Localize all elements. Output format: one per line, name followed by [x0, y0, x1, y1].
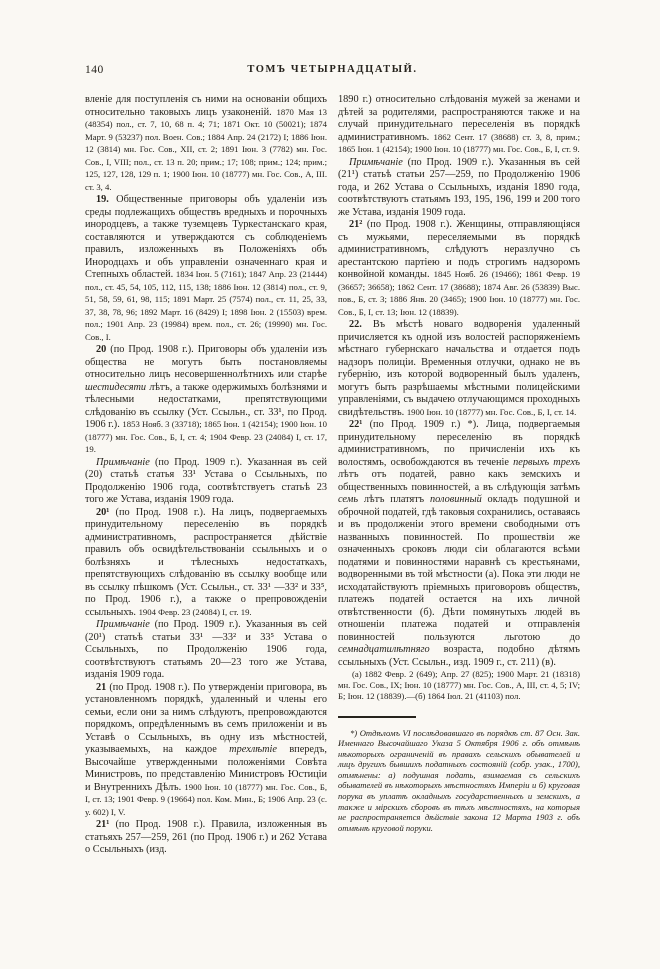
section-number: 21: [96, 682, 106, 693]
section-number: 22¹: [349, 419, 362, 430]
legal-citation: 1900 Іюн. 10 (18777) мн. Гос. Сов., Б, I…: [407, 407, 577, 417]
section-number: 22.: [349, 319, 362, 330]
section-number: 21¹: [96, 819, 109, 830]
body-text: лѣтъ отъ податей, равно какъ земскихъ и …: [338, 469, 580, 493]
citation-paragraph: (а) 1882 Февр. 2 (649); Апр. 27 (825); 1…: [338, 669, 580, 702]
note-lead: Примѣчаніе: [96, 457, 150, 468]
section-20-paragraph: 20 (по Прод. 1908 г.). Приговоры объ уда…: [85, 344, 327, 457]
continuation-paragraph: 1890 г.) относительно слѣдованія мужей з…: [338, 94, 580, 157]
body-text: лѣтъ платятъ: [358, 494, 430, 505]
note-paragraph: Примѣчаніе (по Прод. 1909 г.). Указанная…: [85, 457, 327, 507]
legal-citation: 1904 Февр. 23 (24084) I, ст. 19.: [139, 607, 252, 617]
section-21-2-paragraph: 21² (по Прод. 1908 г.). Женщины, отправл…: [338, 219, 580, 319]
right-column: 1890 г.) относительно слѣдованія мужей з…: [338, 94, 580, 857]
note-lead: Примѣчаніе: [96, 619, 150, 630]
body-text: (по Прод. 1908 г.). Правила, изложенныя …: [85, 819, 327, 855]
note-paragraph: Примѣчаніе (по Прод. 1909 г.). Указанныя…: [338, 157, 580, 220]
volume-title: ТОМЪ ЧЕТЫРНАДЦАТЫЙ.: [85, 64, 580, 75]
section-number: 20: [96, 344, 106, 355]
continuation-paragraph: вленіе для поступленія съ ними на основа…: [85, 94, 327, 194]
section-number: 20¹: [96, 507, 109, 518]
footnote: *) Отдѣломъ VI послѣдовавшаго въ порядкѣ…: [338, 728, 580, 834]
emphasized-term: семнадцатилѣтняго: [338, 644, 430, 655]
emphasized-term: первыхъ трехъ: [513, 457, 580, 468]
legal-citation: 1870 Мая 13 (48354) пол., ст. 7, 10, 68 …: [85, 107, 327, 192]
emphasized-term: половинный: [430, 494, 482, 505]
left-column: вленіе для поступленія съ ними на основа…: [85, 94, 327, 857]
page-number: 140: [85, 64, 104, 76]
section-21-paragraph: 21 (по Прод. 1908 г.). По утвержденіи пр…: [85, 682, 327, 820]
body-text: Общественные приговоры объ удаленіи изъ …: [85, 194, 327, 280]
note-paragraph: Примѣчаніе (по Прод. 1909 г.). Указанныя…: [85, 619, 327, 682]
emphasized-term: трехлѣтіе: [229, 744, 277, 755]
emphasized-term: шестидесяти: [85, 382, 146, 393]
note-lead: Примѣчаніе: [349, 157, 403, 168]
emphasized-term: семь: [338, 494, 358, 505]
section-19-paragraph: 19. Общественные приговоры объ удаленіи …: [85, 194, 327, 344]
section-21-1-paragraph: 21¹ (по Прод. 1908 г.). Правила, изложен…: [85, 819, 327, 857]
body-text: Въ мѣстѣ новаго водворенія удаленный при…: [338, 319, 580, 418]
section-number: 19.: [96, 194, 109, 205]
section-22-paragraph: 22. Въ мѣстѣ новаго водворенія удаленный…: [338, 319, 580, 419]
footnote-rule: [338, 716, 416, 718]
body-text: (по Прод. 1908 г.). На лицъ, подвергаемы…: [85, 507, 327, 618]
body-text: окладъ подушной и оброчной податей, гдѣ …: [338, 494, 580, 643]
text-columns: вленіе для поступленія съ ними на основа…: [85, 94, 580, 857]
section-number: 21²: [349, 219, 362, 230]
body-text: (по Прод. 1908 г.). Приговоры объ удален…: [85, 344, 327, 380]
section-20-1-paragraph: 20¹ (по Прод. 1908 г.). На лицъ, подверг…: [85, 507, 327, 620]
page-header: 140 ТОМЪ ЧЕТЫРНАДЦАТЫЙ.: [85, 64, 580, 80]
legal-citation: 1853 Нояб. 3 (33718); 1865 Іюн. 1 (42154…: [85, 419, 327, 454]
section-22-1-paragraph: 22¹ (по Прод. 1909 г.) *). Лица, подверг…: [338, 419, 580, 669]
document-page: 140 ТОМЪ ЧЕТЫРНАДЦАТЫЙ. вленіе для посту…: [0, 0, 660, 969]
